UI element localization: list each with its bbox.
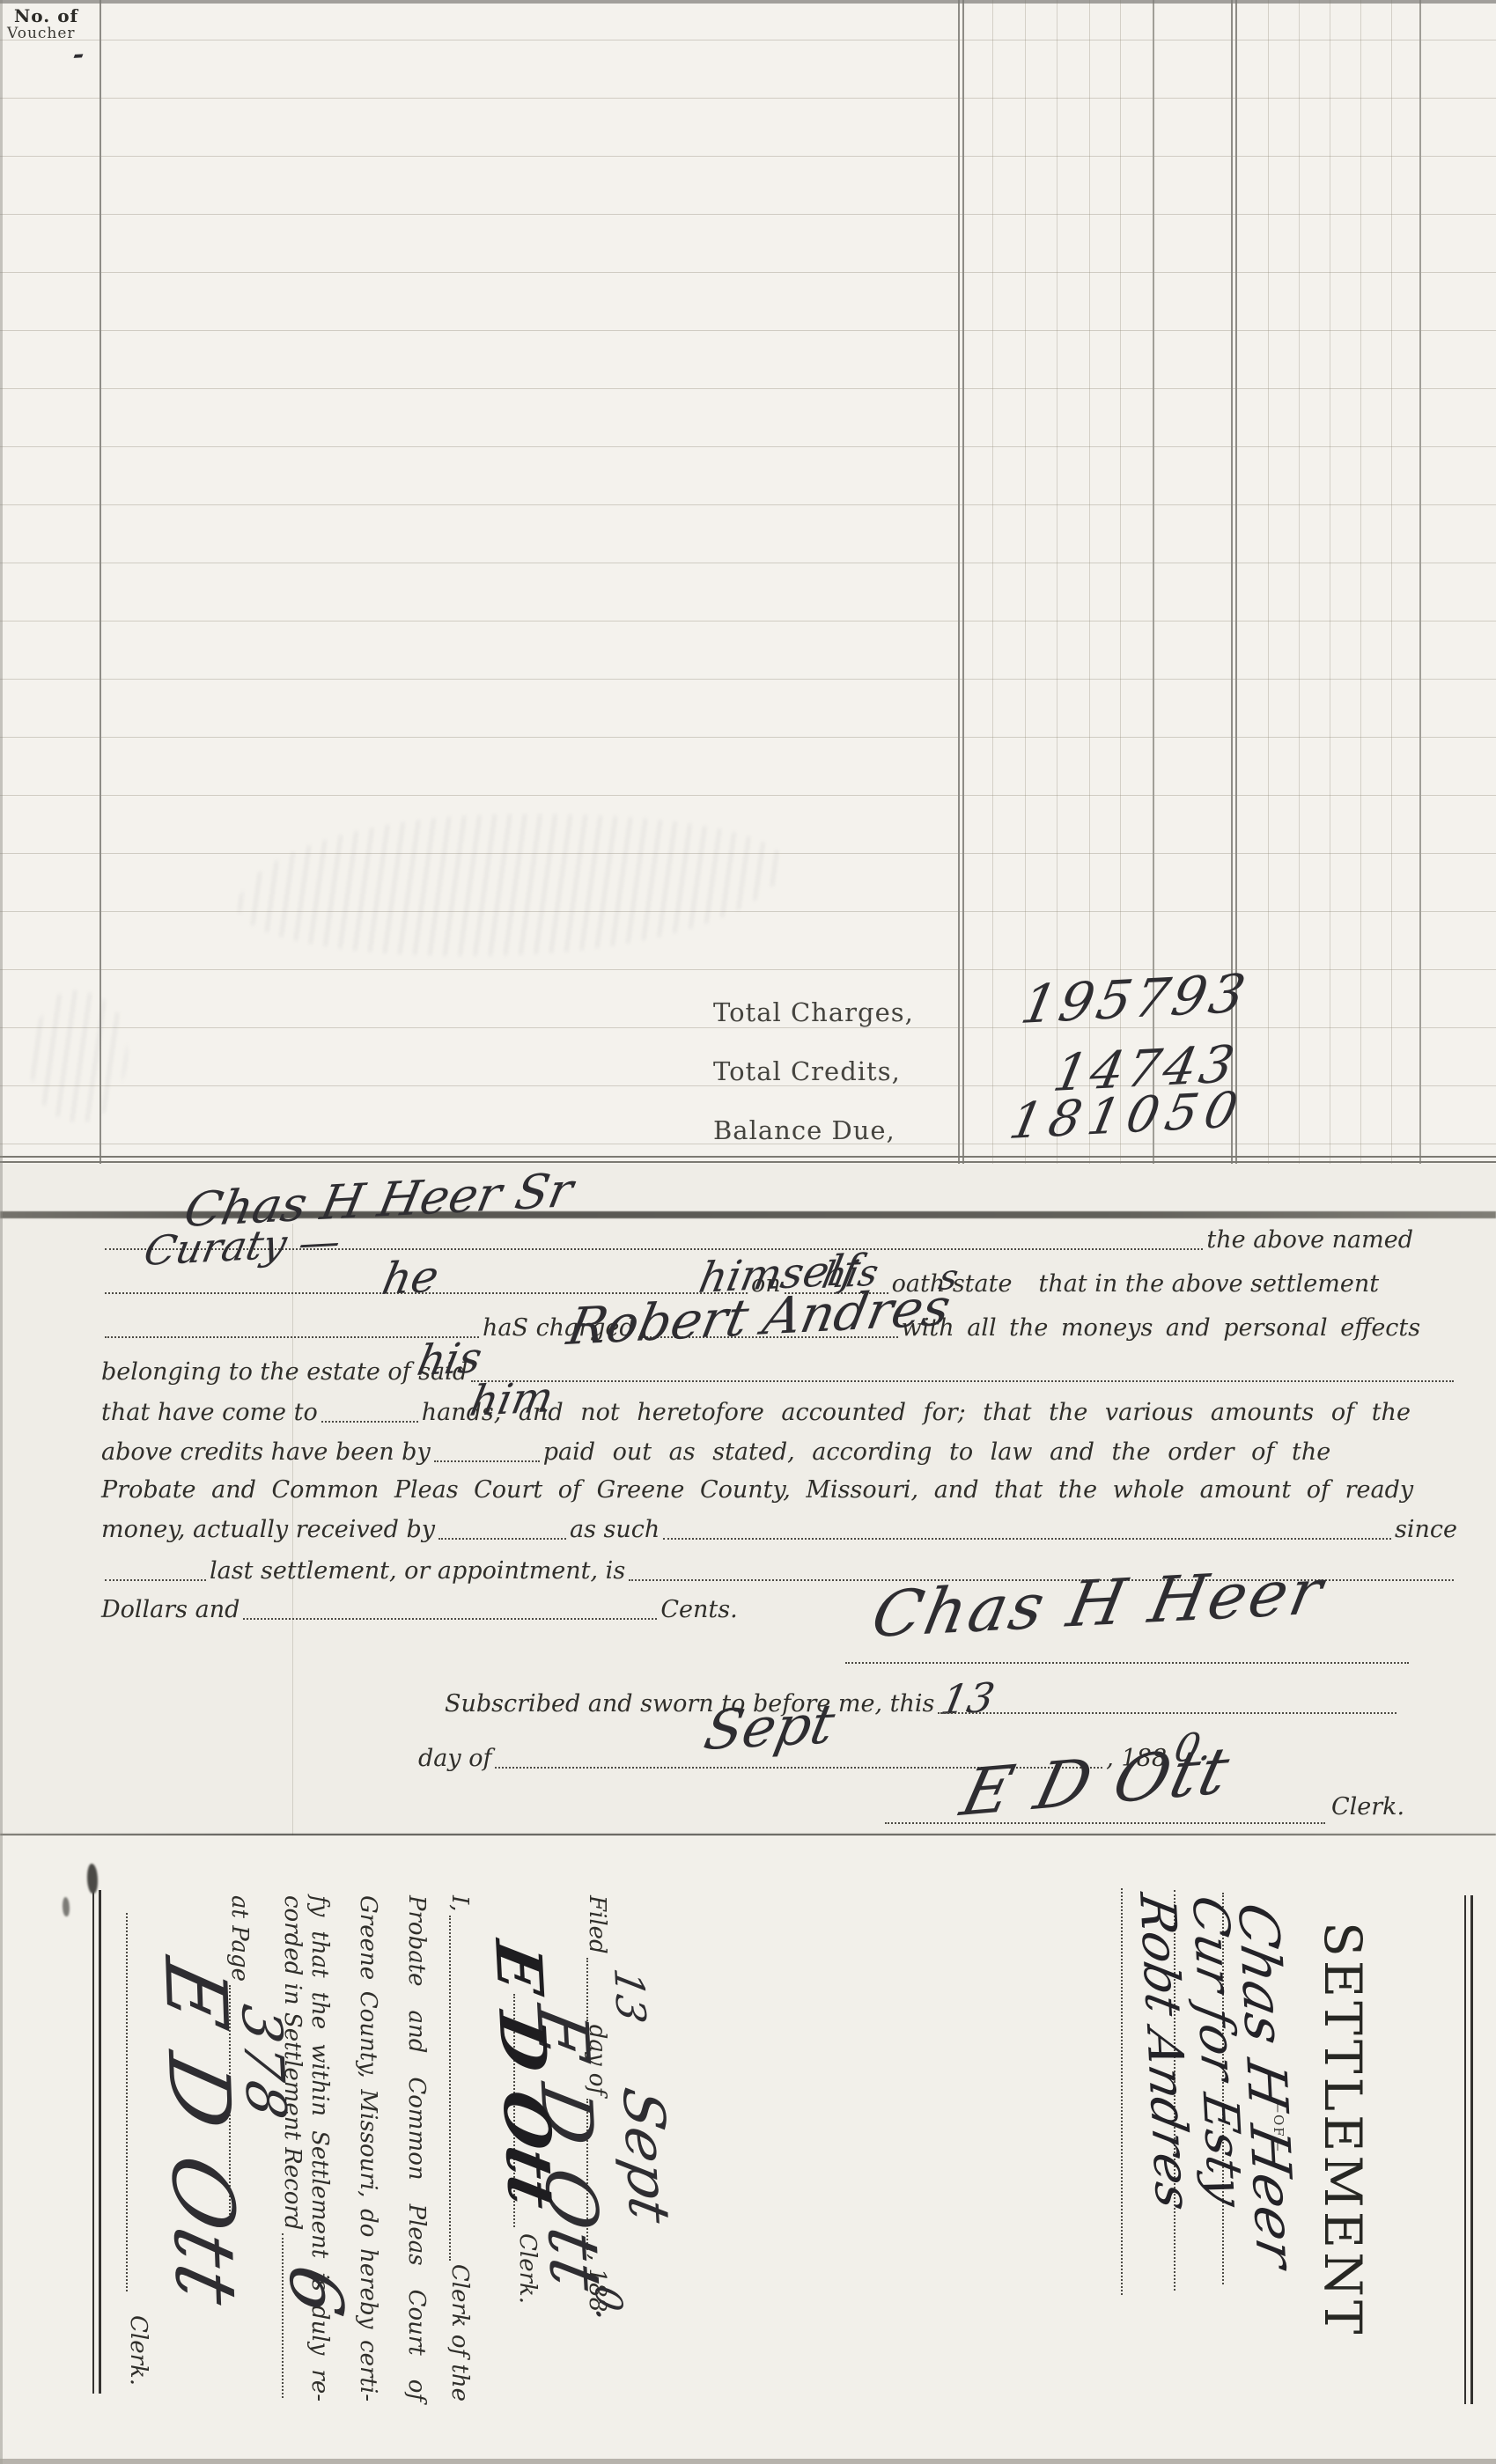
handwritten-filed-month: Sept bbox=[614, 2084, 677, 2227]
blank-filed-day bbox=[586, 1958, 595, 2021]
money-rule-faint bbox=[1391, 0, 1392, 1164]
handwritten-him: him bbox=[467, 1376, 556, 1423]
printed-filed: Filed bbox=[584, 1895, 609, 1954]
affidavit-line-7: Probate and Common Pleas Court of Greene… bbox=[101, 1477, 1457, 1503]
filing-clerk-label-2: Clerk. bbox=[125, 2315, 151, 2386]
handwritten-filed-day: 13 bbox=[608, 1966, 652, 2026]
blank-since-line bbox=[105, 1572, 206, 1581]
filing-section: SETTLEMENT —OF— Chas H Heer Cur for Esty… bbox=[0, 1835, 1496, 2464]
filing-clerk-signature-line-2 bbox=[126, 1913, 129, 2291]
printed-as-such: as such bbox=[570, 1517, 660, 1542]
handwritten-cert-clerk-name: E D Ott bbox=[486, 1937, 563, 2213]
money-rule-faint bbox=[1268, 0, 1269, 1164]
handwritten-he: he bbox=[379, 1254, 442, 1301]
blank-estate-name-line bbox=[471, 1373, 1454, 1382]
money-rule-faint bbox=[1360, 0, 1361, 1164]
money-rule-double-a2 bbox=[962, 0, 964, 1164]
voucher-column-rule bbox=[99, 0, 101, 1164]
accountant-signature-line bbox=[845, 1660, 1409, 1664]
printed-since: since bbox=[1395, 1517, 1457, 1542]
affidavit-line2-text: that in the above settlement bbox=[1038, 1271, 1379, 1297]
filing-name-line-3 bbox=[1121, 1888, 1124, 2295]
total-charges-label: Total Charges, bbox=[713, 997, 914, 1027]
balance-due-label: Balance Due, bbox=[713, 1115, 895, 1145]
balance-due-value: 181050 bbox=[1006, 1085, 1249, 1147]
handwritten-his-2: his bbox=[414, 1336, 485, 1382]
filing-top-double-rule bbox=[1464, 1895, 1473, 2404]
printed-last-settlement: last settlement, or appointment, is bbox=[210, 1558, 625, 1584]
printed-cert-i: I, bbox=[446, 1895, 472, 1912]
handwritten-month: Sept bbox=[700, 1697, 839, 1758]
settlement-document-scan: No. of Voucher - Total Charges, Total Cr… bbox=[0, 0, 1496, 2464]
printed-that-have-come: that have come to bbox=[101, 1400, 318, 1425]
blank-his2-line bbox=[321, 1414, 418, 1423]
blank-cert-clerk-name bbox=[449, 1916, 458, 2261]
affidavit-line1-text: the above named bbox=[1206, 1227, 1413, 1253]
printed-subscribed: Subscribed and sworn to before me, this bbox=[445, 1691, 934, 1717]
blank-received-by-line bbox=[438, 1531, 566, 1540]
ledger-section: No. of Voucher - Total Charges, Total Cr… bbox=[0, 0, 1496, 1164]
printed-belonging: belonging to the estate of said bbox=[101, 1359, 468, 1385]
ledger-ruled-lines bbox=[0, 40, 1496, 1158]
rotated-filing-panel: SETTLEMENT —OF— Chas H Heer Cur for Esty… bbox=[0, 1835, 1496, 2464]
printed-dollars-and: Dollars and bbox=[101, 1597, 240, 1622]
ink-blot bbox=[63, 1897, 70, 1916]
money-rule-faint bbox=[992, 0, 993, 1164]
scan-edge-bottom bbox=[0, 2459, 1496, 2464]
printed-day-of: day of bbox=[418, 1746, 491, 1771]
filing-clerk-label-1: Clerk. bbox=[514, 2233, 540, 2304]
total-charges-value: 195793 bbox=[1017, 967, 1253, 1032]
affidavit-line-6: above credits have been by paid out as s… bbox=[101, 1428, 1457, 1465]
printed-at-page: at Page bbox=[226, 1895, 252, 1982]
affidavit-line-5: that have come to hands, and not heretof… bbox=[101, 1388, 1457, 1425]
money-rule-faint bbox=[1299, 0, 1300, 1164]
total-credits-label: Total Credits, bbox=[713, 1056, 901, 1086]
affidavit-line-4: belonging to the estate of said bbox=[101, 1348, 1457, 1385]
cert-line-1: I, Clerk of the bbox=[446, 1895, 482, 2401]
cert-line-5: corded in Settlement Record bbox=[279, 1895, 314, 2401]
ledger-bottom-double-rule bbox=[0, 1156, 1496, 1163]
settlement-title: SETTLEMENT bbox=[1313, 1922, 1373, 2338]
affidavit-line5-text: hands, and not heretofore accounted for;… bbox=[422, 1400, 1411, 1425]
money-rule-faint bbox=[1330, 0, 1330, 1164]
blank-day-line bbox=[938, 1705, 1397, 1714]
affidavit-line6-text: paid out as stated, according to law and… bbox=[543, 1439, 1330, 1465]
subscribed-line: Subscribed and sworn to before me, this bbox=[445, 1680, 1400, 1717]
affidavit-line3-text: with all the moneys and personal effects bbox=[902, 1315, 1421, 1341]
voucher-column-header-line2: Voucher bbox=[7, 25, 76, 42]
scan-edge-top bbox=[0, 0, 1496, 4]
money-rule-single-d bbox=[1419, 0, 1421, 1164]
printed-money-received: money, actually received by bbox=[101, 1517, 435, 1542]
voucher-column-header-line1: No. of bbox=[14, 5, 78, 26]
affidavit-line-8: money, actually received by as such sinc… bbox=[101, 1505, 1457, 1542]
printed-clerk-of-the: Clerk of the bbox=[446, 2264, 472, 2401]
money-rule-double-a1 bbox=[958, 0, 960, 1164]
filing-bottom-double-rule bbox=[92, 1890, 101, 2394]
cert-line-3: Greene County, Missouri, do hereby certi… bbox=[355, 1895, 380, 2401]
clerk-label: Clerk. bbox=[1331, 1794, 1404, 1820]
filing-clerk-signature-2: E D Ott bbox=[152, 1952, 248, 2315]
scan-edge-left bbox=[0, 0, 3, 2464]
blank-him-line bbox=[434, 1453, 540, 1462]
blank-record-number bbox=[282, 2233, 291, 2398]
printed-cents: Cents. bbox=[660, 1597, 737, 1622]
blank-as-such-line bbox=[663, 1531, 1391, 1540]
handwritten-role: Curaty — bbox=[141, 1221, 344, 1271]
clerk-signature-line bbox=[885, 1820, 1325, 1824]
ink-blot bbox=[87, 1864, 98, 1894]
cert-line-2: Probate and Common Pleas Court of bbox=[403, 1895, 429, 2401]
printed-above-credits: above credits have been by bbox=[101, 1439, 431, 1465]
blank-cents-line bbox=[243, 1611, 657, 1620]
